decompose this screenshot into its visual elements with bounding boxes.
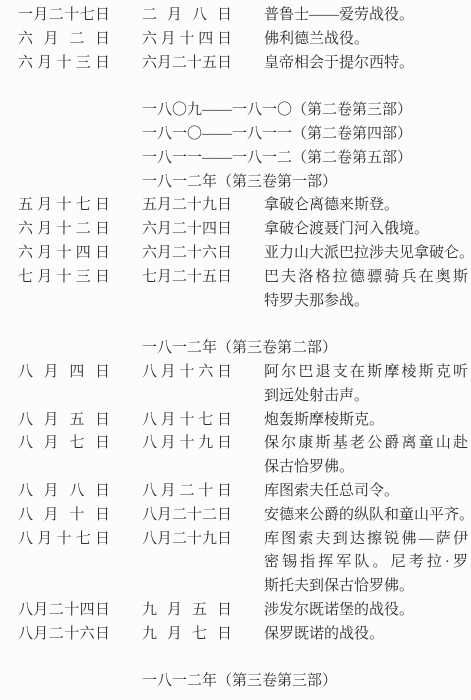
event-text-line: 炮轰斯摩棱斯克。: [264, 409, 471, 433]
event-text-line: 库图索夫到达擦锐佛—萨伊: [264, 528, 468, 552]
new-style-date: 八月二十日: [142, 480, 232, 504]
event-text-line: 佛利德兰战役。: [264, 28, 471, 52]
old-style-date: 八月二十四日: [18, 599, 110, 623]
section-heading: 一八一二年（第三卷第一部）: [18, 171, 471, 195]
event-text-line: 涉发尔既诺堡的战役。: [264, 599, 471, 623]
chronology-row: 八月二十四日九月五日涉发尔既诺堡的战役。: [18, 599, 471, 623]
event-description: 库图索夫任总司令。: [264, 480, 471, 504]
event-text-line: 保罗既诺的战役。: [264, 623, 471, 647]
event-text-line: 到远处射击声。: [264, 385, 471, 409]
event-description: 阿尔巴退支在斯摩棱斯克听到远处射击声。: [264, 361, 471, 409]
event-description: 炮轰斯摩棱斯克。: [264, 409, 471, 433]
section-spacer: [18, 647, 471, 671]
old-style-date: 八月十七日: [18, 528, 110, 552]
event-description: 拿破仑渡聂门河入俄境。: [264, 218, 471, 242]
new-style-date: 六月十四日: [142, 28, 232, 52]
new-style-date: 二月八日: [142, 4, 232, 28]
new-style-date: 七月二十五日: [142, 266, 232, 290]
event-text-line: 拿破仑渡聂门河入俄境。: [264, 218, 471, 242]
event-text-line: 巴夫洛格拉德骠骑兵在奥斯: [264, 266, 468, 290]
chronology-row: 八月五日八月十七日炮轰斯摩棱斯克。: [18, 409, 471, 433]
section-heading: 一八一二年（第三卷第三部）: [18, 670, 471, 694]
event-text-line: 安德来公爵的纵队和童山平齐。: [264, 504, 471, 528]
new-style-date: 九月五日: [142, 599, 232, 623]
chronology-row: 六月十四日六月二十六日亚力山大派巴拉涉夫见拿破仑。: [18, 242, 471, 266]
chronology-row: 八月四日八月十六日阿尔巴退支在斯摩棱斯克听到远处射击声。: [18, 361, 471, 409]
event-text-line: 特罗夫那参战。: [264, 290, 471, 314]
new-style-date: 六月二十六日: [142, 242, 232, 266]
new-style-date: 八月二十九日: [142, 528, 232, 552]
old-style-date: 一月二十七日: [18, 4, 110, 28]
new-style-date: 八月二十二日: [142, 504, 232, 528]
chronology-row: 七月十三日七月二十五日巴夫洛格拉德骠骑兵在奥斯特罗夫那参战。: [18, 266, 471, 314]
book-page: 一月二十七日二月八日普鲁士——爱劳战役。六月二日六月十四日佛利德兰战役。六月十三…: [0, 0, 471, 700]
old-style-date: 五月十七日: [18, 194, 110, 218]
old-style-date: 七月十三日: [18, 266, 110, 290]
event-description: 保罗既诺的战役。: [264, 623, 471, 647]
event-description: 涉发尔既诺堡的战役。: [264, 599, 471, 623]
old-style-date: 八月七日: [18, 432, 110, 456]
chronology-row: 八月八日八月二十日库图索夫任总司令。: [18, 480, 471, 504]
event-text-line: 亚力山大派巴拉涉夫见拿破仑。: [264, 242, 471, 266]
section-heading: 一八一二年（第三卷第二部）: [18, 337, 471, 361]
old-style-date: 八月十日: [18, 504, 110, 528]
chronology-row: 八月七日八月十九日保尔康斯基老公爵离童山赴保古恰罗佛。: [18, 432, 471, 480]
chronology-row: 六月十二日六月二十四日拿破仑渡聂门河入俄境。: [18, 218, 471, 242]
event-description: 保尔康斯基老公爵离童山赴保古恰罗佛。: [264, 432, 471, 480]
old-style-date: 八月二十六日: [18, 623, 110, 647]
event-description: 巴夫洛格拉德骠骑兵在奥斯特罗夫那参战。: [264, 266, 471, 314]
old-style-date: 六月十三日: [18, 52, 110, 76]
section-heading: 一八一〇——一八一一（第二卷第四部）: [18, 123, 471, 147]
section-spacer: [18, 313, 471, 337]
chronology-row: 五月十七日五月二十九日拿破仑离德来斯登。: [18, 194, 471, 218]
event-description: 拿破仑离德来斯登。: [264, 194, 471, 218]
event-text-line: 阿尔巴退支在斯摩棱斯克听: [264, 361, 468, 385]
old-style-date: 六月十四日: [18, 242, 110, 266]
new-style-date: 五月二十九日: [142, 194, 232, 218]
event-text-line: 皇帝相会于提尔西特。: [264, 52, 471, 76]
event-description: 佛利德兰战役。: [264, 28, 471, 52]
new-style-date: 九月七日: [142, 623, 232, 647]
new-style-date: 六月二十五日: [142, 52, 232, 76]
chronology-row: 六月十三日六月二十五日皇帝相会于提尔西特。: [18, 52, 471, 76]
new-style-date: 六月二十四日: [142, 218, 232, 242]
event-text-line: 密锡指挥军队。尼考拉·罗: [264, 551, 468, 575]
event-description: 皇帝相会于提尔西特。: [264, 52, 471, 76]
chronology-row: 一月二十七日二月八日普鲁士——爱劳战役。: [18, 4, 471, 28]
old-style-date: 六月十二日: [18, 218, 110, 242]
section-heading: 一八一一——一八一二（第二卷第五部）: [18, 147, 471, 171]
chronology-row: 八月十七日八月二十九日库图索夫到达擦锐佛—萨伊密锡指挥军队。尼考拉·罗斯托夫到保…: [18, 528, 471, 599]
event-description: 安德来公爵的纵队和童山平齐。: [264, 504, 471, 528]
event-text-line: 拿破仑离德来斯登。: [264, 194, 471, 218]
old-style-date: 八月八日: [18, 480, 110, 504]
event-text-line: 保尔康斯基老公爵离童山赴: [264, 432, 468, 456]
event-text-line: 保古恰罗佛。: [264, 456, 471, 480]
old-style-date: 八月五日: [18, 409, 110, 433]
chronology-row: 八月十日八月二十二日安德来公爵的纵队和童山平齐。: [18, 504, 471, 528]
chronology-row: 六月二日六月十四日佛利德兰战役。: [18, 28, 471, 52]
old-style-date: 八月四日: [18, 361, 110, 385]
new-style-date: 八月十六日: [142, 361, 232, 385]
old-style-date: 六月二日: [18, 28, 110, 52]
event-text-line: 库图索夫任总司令。: [264, 480, 471, 504]
section-heading: 一八〇九——一八一〇（第二卷第三部）: [18, 99, 471, 123]
chronology-row: 八月二十六日九月七日保罗既诺的战役。: [18, 623, 471, 647]
event-description: 普鲁士——爱劳战役。: [264, 4, 471, 28]
event-description: 亚力山大派巴拉涉夫见拿破仑。: [264, 242, 471, 266]
event-description: 库图索夫到达擦锐佛—萨伊密锡指挥军队。尼考拉·罗斯托夫到保古恰罗佛。: [264, 528, 471, 599]
section-spacer: [18, 75, 471, 99]
event-text-line: 普鲁士——爱劳战役。: [264, 4, 471, 28]
new-style-date: 八月十七日: [142, 409, 232, 433]
event-text-line: 斯托夫到保古恰罗佛。: [264, 575, 471, 599]
new-style-date: 八月十九日: [142, 432, 232, 456]
